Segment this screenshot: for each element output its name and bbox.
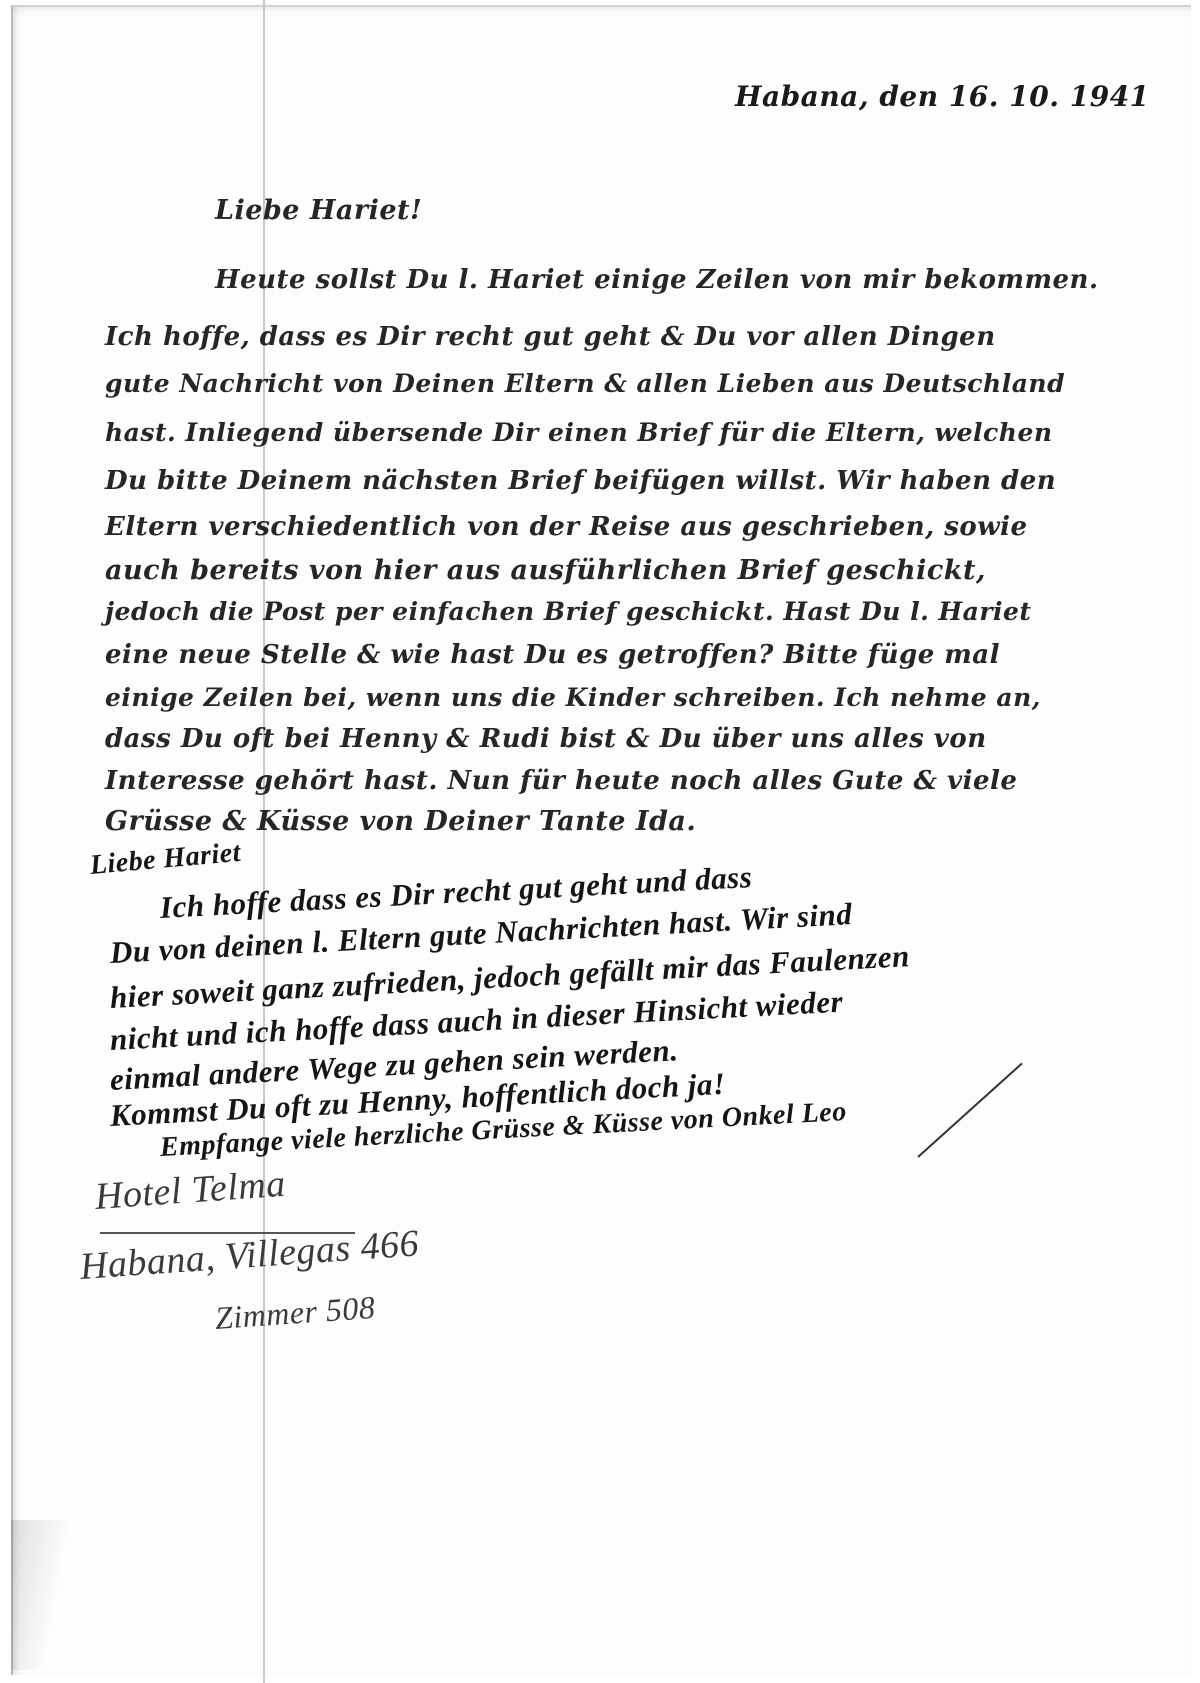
- letter-line: Eltern verschiedentlich von der Reise au…: [105, 512, 1028, 542]
- letter-line: Ich hoffe, dass es Dir recht gut geht & …: [105, 322, 996, 352]
- letter-line: Heute sollst Du l. Hariet einige Zeilen …: [215, 265, 1099, 295]
- paper-corner-shadow: [11, 1520, 71, 1670]
- place-date: Habana, den 16. 10. 1941: [735, 80, 1150, 113]
- letter-line: Grüsse & Küsse von Deiner Tante Ida.: [105, 806, 696, 837]
- letter-paper: [11, 5, 1191, 1675]
- letter-line: Interesse gehört hast. Nun für heute noc…: [105, 766, 1017, 796]
- letter-line: einige Zeilen bei, wenn uns die Kinder s…: [105, 683, 1041, 712]
- letter-line: gute Nachricht von Deinen Eltern & allen…: [105, 369, 1065, 398]
- letter-line: eine neue Stelle & wie hast Du es getrof…: [105, 640, 1000, 670]
- salutation: Liebe Hariet!: [215, 195, 422, 226]
- letter-line: dass Du oft bei Henny & Rudi bist & Du ü…: [105, 724, 987, 754]
- paper-fold-line: [263, 0, 265, 1683]
- letter-line: jedoch die Post per einfachen Brief gesc…: [105, 597, 1031, 626]
- letter-line: Du bitte Deinem nächsten Brief beifügen …: [105, 466, 1056, 496]
- letter-line: auch bereits von hier aus ausführlichen …: [105, 555, 986, 586]
- letter-line: hast. Inliegend übersende Dir einen Brie…: [105, 418, 1053, 447]
